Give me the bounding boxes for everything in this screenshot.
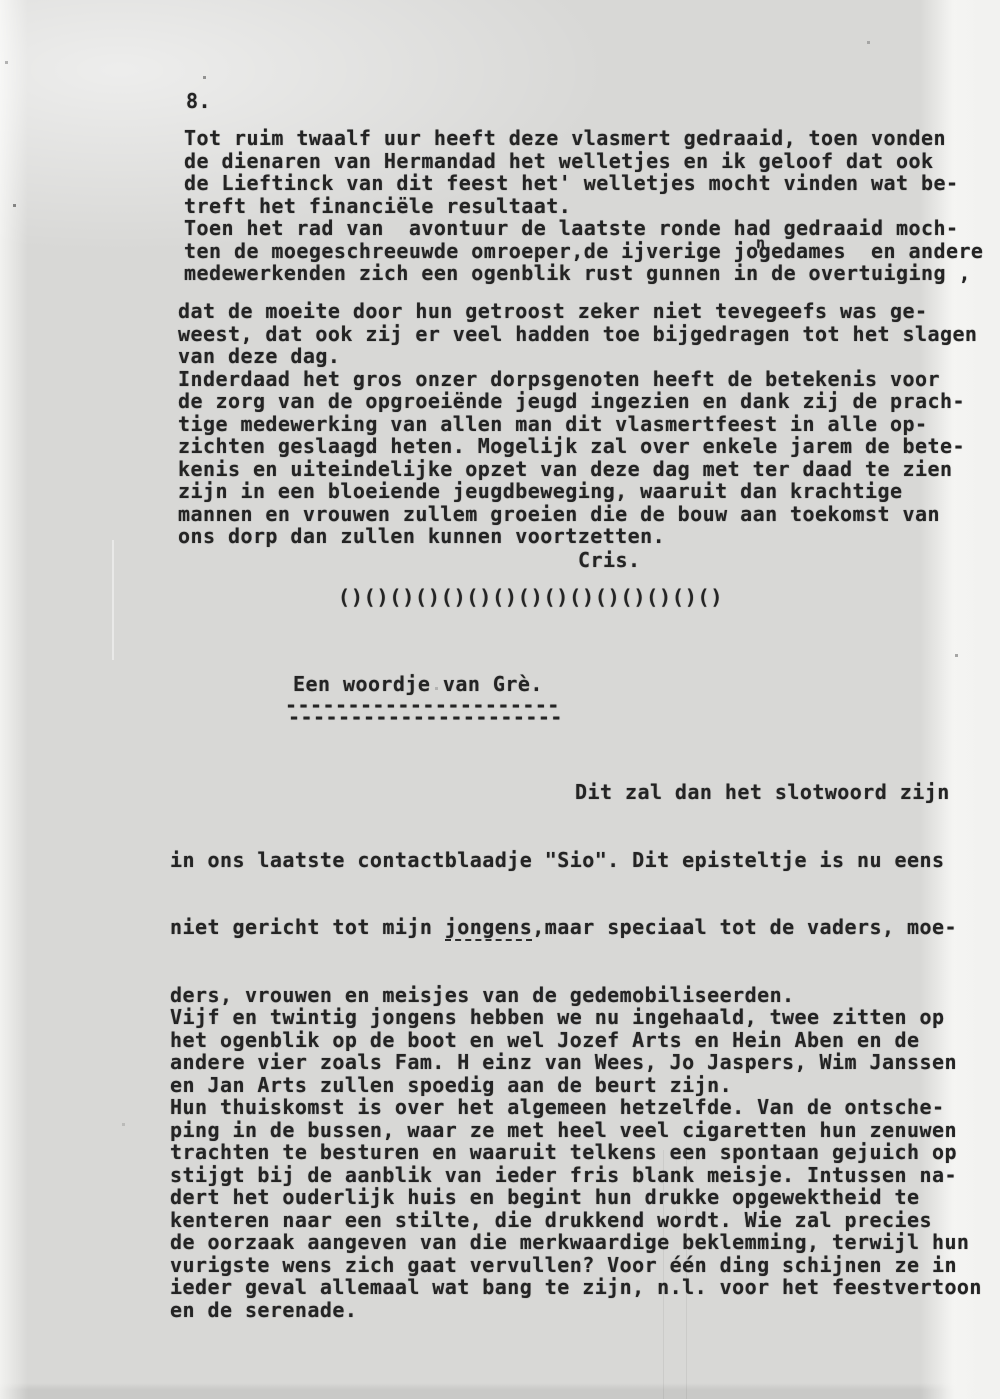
underlined-word: jongens: [445, 915, 532, 941]
paper-crease: [112, 540, 114, 660]
text-line: de Lieftinck van dit feest het' welletje…: [184, 172, 983, 195]
text-line: Vijf en twintig jongens hebben we nu ing…: [170, 1006, 982, 1029]
text-segment: ,maar speciaal tot de vaders, moe-: [532, 915, 957, 939]
text-line: Inderdaad het gros onzer dorpsgenoten he…: [178, 368, 977, 391]
text-line: dat de moeite door hun getroost zeker ni…: [178, 300, 977, 323]
scanned-page: 8. Tot ruim twaalf uur heeft deze vlasme…: [0, 0, 1000, 1399]
text-line: zichten geslaagd heten. Mogelijk zal ove…: [178, 435, 977, 458]
page-number: 8.: [186, 90, 211, 113]
text-line: Tot ruim twaalf uur heeft deze vlasmert …: [184, 127, 983, 150]
text-line: ders, vrouwen en meisjes van de gedemobi…: [170, 984, 982, 1007]
text-line: en de serenade.: [170, 1299, 982, 1322]
text-line: andere vier zoals Fam. H einz van Wees, …: [170, 1051, 982, 1074]
separator-parentheses-row: ()()()()()()()()()()()()()()(): [338, 586, 723, 609]
signature: Cris.: [578, 549, 640, 572]
text-line: ieder geval allemaal wat bang te zijn, n…: [170, 1276, 982, 1299]
text-line: ten de moegeschreeuwde omroeper,de ijver…: [184, 240, 983, 263]
text-line: ping in de bussen, waar ze met heel veel…: [170, 1119, 982, 1142]
text-line: Toen het rad van avontuur de laatste ron…: [184, 217, 983, 240]
text-line: mannen en vrouwen zullem groeien die de …: [178, 503, 977, 526]
text-line: medewerkenden zich een ogenblik rust gun…: [184, 262, 983, 285]
text-line: niet gericht tot mijn jongens,maar speci…: [170, 916, 982, 939]
text-line: de dienaren van Hermandad het welletjes …: [184, 150, 983, 173]
paragraph-block-top: Tot ruim twaalf uur heeft deze vlasmert …: [184, 127, 983, 285]
typo-inserted-letter: n: [756, 236, 765, 251]
scan-speckles: [0, 0, 1, 1]
text-line: en Jan Arts zullen spoedig aan de beurt …: [170, 1074, 982, 1097]
text-line: de oorzaak aangeven van die merkwaardige…: [170, 1231, 982, 1254]
text-line: in ons laatste contactblaadje "Sio". Dit…: [170, 849, 982, 872]
text-line: tige medewerking van allen man dit vlasm…: [178, 413, 977, 436]
paragraph-block-middle: dat de moeite door hun getroost zeker ni…: [178, 300, 977, 548]
text-line: kenis en uiteindelijke opzet van deze da…: [178, 458, 977, 481]
text-line: vurigste wens zich gaat vervullen? Voor …: [170, 1254, 982, 1277]
text-line: zijn in een bloeiende jeugdbeweging, waa…: [178, 480, 977, 503]
paragraph-block-bottom: Dit zal dan het slotwoord zijn in ons la…: [170, 736, 982, 1366]
text-line: weest, dat ook zij er veel hadden toe bi…: [178, 323, 977, 346]
text-line: de zorg van de opgroeiënde jeugd ingezie…: [178, 390, 977, 413]
text-line: dert het ouderlijk huis en begint hun dr…: [170, 1186, 982, 1209]
text-line: kenteren naar een stilte, die drukkend w…: [170, 1209, 982, 1232]
text-line: Dit zal dan het slotwoord zijn: [170, 781, 982, 804]
text-line: ons dorp dan zullen kunnen voortzetten.: [178, 525, 977, 548]
text-line: Hun thuiskomst is over het algemeen hetz…: [170, 1096, 982, 1119]
text-line: stijgt bij de aanblik van ieder fris bla…: [170, 1164, 982, 1187]
text-lines-container: ders, vrouwen en meisjes van de gedemobi…: [170, 984, 982, 1322]
text-line: van deze dag.: [178, 345, 977, 368]
text-segment: niet gericht tot mijn: [170, 915, 445, 939]
text-line: treft het financiële resultaat.: [184, 195, 983, 218]
text-line: trachten te besturen en waaruit telkens …: [170, 1141, 982, 1164]
text-line: het ogenblik op de boot en wel Jozef Art…: [170, 1029, 982, 1052]
heading-underline-row: ----------------------: [288, 711, 563, 723]
